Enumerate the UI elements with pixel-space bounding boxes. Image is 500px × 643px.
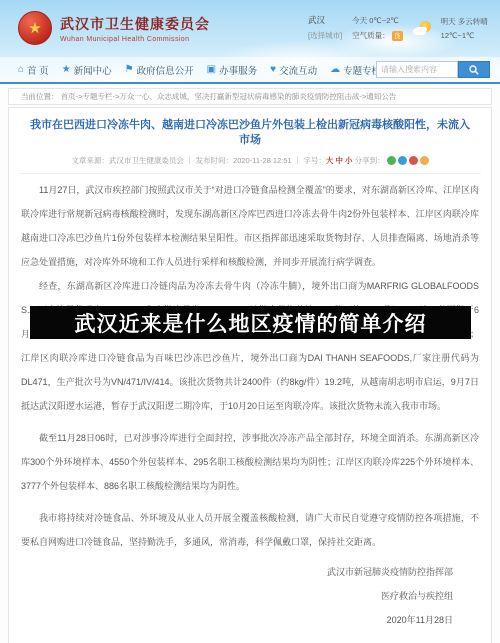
meta-time: 2020-11-28 12:51 [233,156,292,165]
meta-divider [19,173,481,174]
search-input[interactable] [376,61,458,78]
meta-source-label: 文章来源： [71,156,109,165]
national-emblem-logo: ★ [18,11,52,45]
search-button[interactable] [458,61,490,78]
article-title: 我市在巴西进口冷冻牛肉、越南进口冷冻巴沙鱼片外包装上检出新冠病毒核酸阳性，未流入… [27,118,473,148]
site-logo-block[interactable]: ★ 武汉市卫生健康委员会 Wuhan Municipal Health Comm… [18,11,210,45]
meta-sep: ｜ [294,156,302,165]
breadcrumb[interactable]: 当前位置： 首页->专题专栏->万众一心、众志成城，坚决打赢新型冠状病毒感染的肺… [8,88,492,105]
nav-label: 首 页 [27,63,49,77]
share-more-icon[interactable] [420,156,429,165]
flag-icon: ⚑ [125,65,134,75]
switch-city-link[interactable]: [选择城市] [308,30,342,41]
signature-block: 武汉市新冠肺炎疫情防控指挥部 医疗救治与疾控组 2020年11月28日 [9,560,491,632]
article-body: 11月27日，武汉市疾控部门按照武汉市关于“对进口冷链食品检测全覆盖”的要求，对… [9,178,491,554]
signature-dept: 医疗救治与疾控组 [9,584,453,608]
nav-label: 办事服务 [219,63,257,77]
signature-date: 2020年11月28日 [9,608,453,632]
meta-share-label: 分享到： [355,156,385,165]
nav-label: 交流互动 [279,63,317,77]
nav-item-services[interactable]: ▣ 办事服务 [207,63,257,77]
article-card: 我市在巴西进口冷冻牛肉、越南进口冷冻巴沙鱼片外包装上检出新冠病毒核酸阳性，未流入… [8,107,492,643]
star-icon: ★ [62,65,71,75]
air-quality-label: 空气质量： [352,31,390,40]
paragraph-2: 经查，东湖高新区冷库进口冷链肉品为冷冻去骨牛肉（冷冻牛腩），境外出口商为MARF… [21,274,479,418]
breadcrumb-text: 当前位置： 首页->专题专栏->万众一心、众志成城，坚决打赢新型冠状病毒感染的肺… [21,91,396,102]
nav-item-special-topics[interactable]: ☁ 专题专栏 [330,63,381,77]
nav-label: 新闻中心 [74,63,112,77]
air-quality: 空气质量：良 [352,30,403,41]
cloud-icon: ☁ [330,65,340,75]
main-nav: ⌂ 首 页 ★ 新闻中心 ⚑ 政府信息公开 ▣ 办事服务 ♥ 交流互动 ☁ 专题… [0,57,500,84]
share-qq-icon[interactable] [398,156,407,165]
weather-widget: 武汉 [选择城市] 今天 0℃~2℃ 空气质量：良 明天 多云转晴 12℃~1℃ [308,14,490,41]
nav-item-home[interactable]: ⌂ 首 页 [18,63,49,77]
heart-icon: ♥ [270,65,276,75]
sun-cloud-icon [413,21,431,35]
overlay-banner: 武汉近来是什么地区疫情的简单介绍 [30,306,471,339]
share-weibo-icon[interactable] [409,156,418,165]
overlay-banner-text: 武汉近来是什么地区疫情的简单介绍 [75,308,427,338]
search-bar [376,61,490,78]
nav-item-news[interactable]: ★ 新闻中心 [62,63,112,77]
paragraph-4: 我市将持续对冷链食品、外环境及从业人员开展全覆盖核酸检测，请广大市民自觉遵守疫情… [21,506,479,554]
meta-fontsize-label: 字号： [303,156,326,165]
nav-item-gov-info[interactable]: ⚑ 政府信息公开 [125,63,194,77]
weather-tomorrow: 明天 多云转晴 [441,16,488,27]
paragraph-1: 11月27日，武汉市疾控部门按照武汉市关于“对进口冷链食品检测全覆盖”的要求，对… [21,178,479,274]
weather-today: 今天 0℃~2℃ [352,15,403,26]
share-wechat-icon[interactable] [387,156,396,165]
monitor-icon: ▣ [207,65,216,75]
search-icon [469,65,479,75]
article-meta: 文章来源：武汉市卫生健康委员会 ｜ 发布时间：2020-11-28 12:51 … [9,155,491,166]
air-quality-badge: 良 [392,31,403,41]
home-icon: ⌂ [18,65,24,75]
nav-item-interaction[interactable]: ♥ 交流互动 [270,63,317,77]
fontsize-options[interactable]: 大 中 小 [326,156,353,165]
meta-source: 武汉市卫生健康委员会 [109,156,184,165]
meta-sep: ｜ [186,156,194,165]
site-title-block: 武汉市卫生健康委员会 Wuhan Municipal Health Commis… [60,14,210,43]
weather-city: 武汉 [308,14,342,26]
site-name-english: Wuhan Municipal Health Commission [60,36,210,43]
paragraph-3: 截至11月28日06时，已对涉事冷库进行全面封控，涉事批次冷冻产品全部封存，环境… [21,426,479,498]
page: ★ 武汉市卫生健康委员会 Wuhan Municipal Health Comm… [0,0,500,643]
meta-time-label: 发布时间： [196,156,234,165]
signature-org: 武汉市新冠肺炎疫情防控指挥部 [9,560,453,584]
site-name: 武汉市卫生健康委员会 [60,14,210,34]
nav-label: 政府信息公开 [137,63,194,77]
weather-tomorrow-temp: 12℃~1℃ [441,31,488,40]
